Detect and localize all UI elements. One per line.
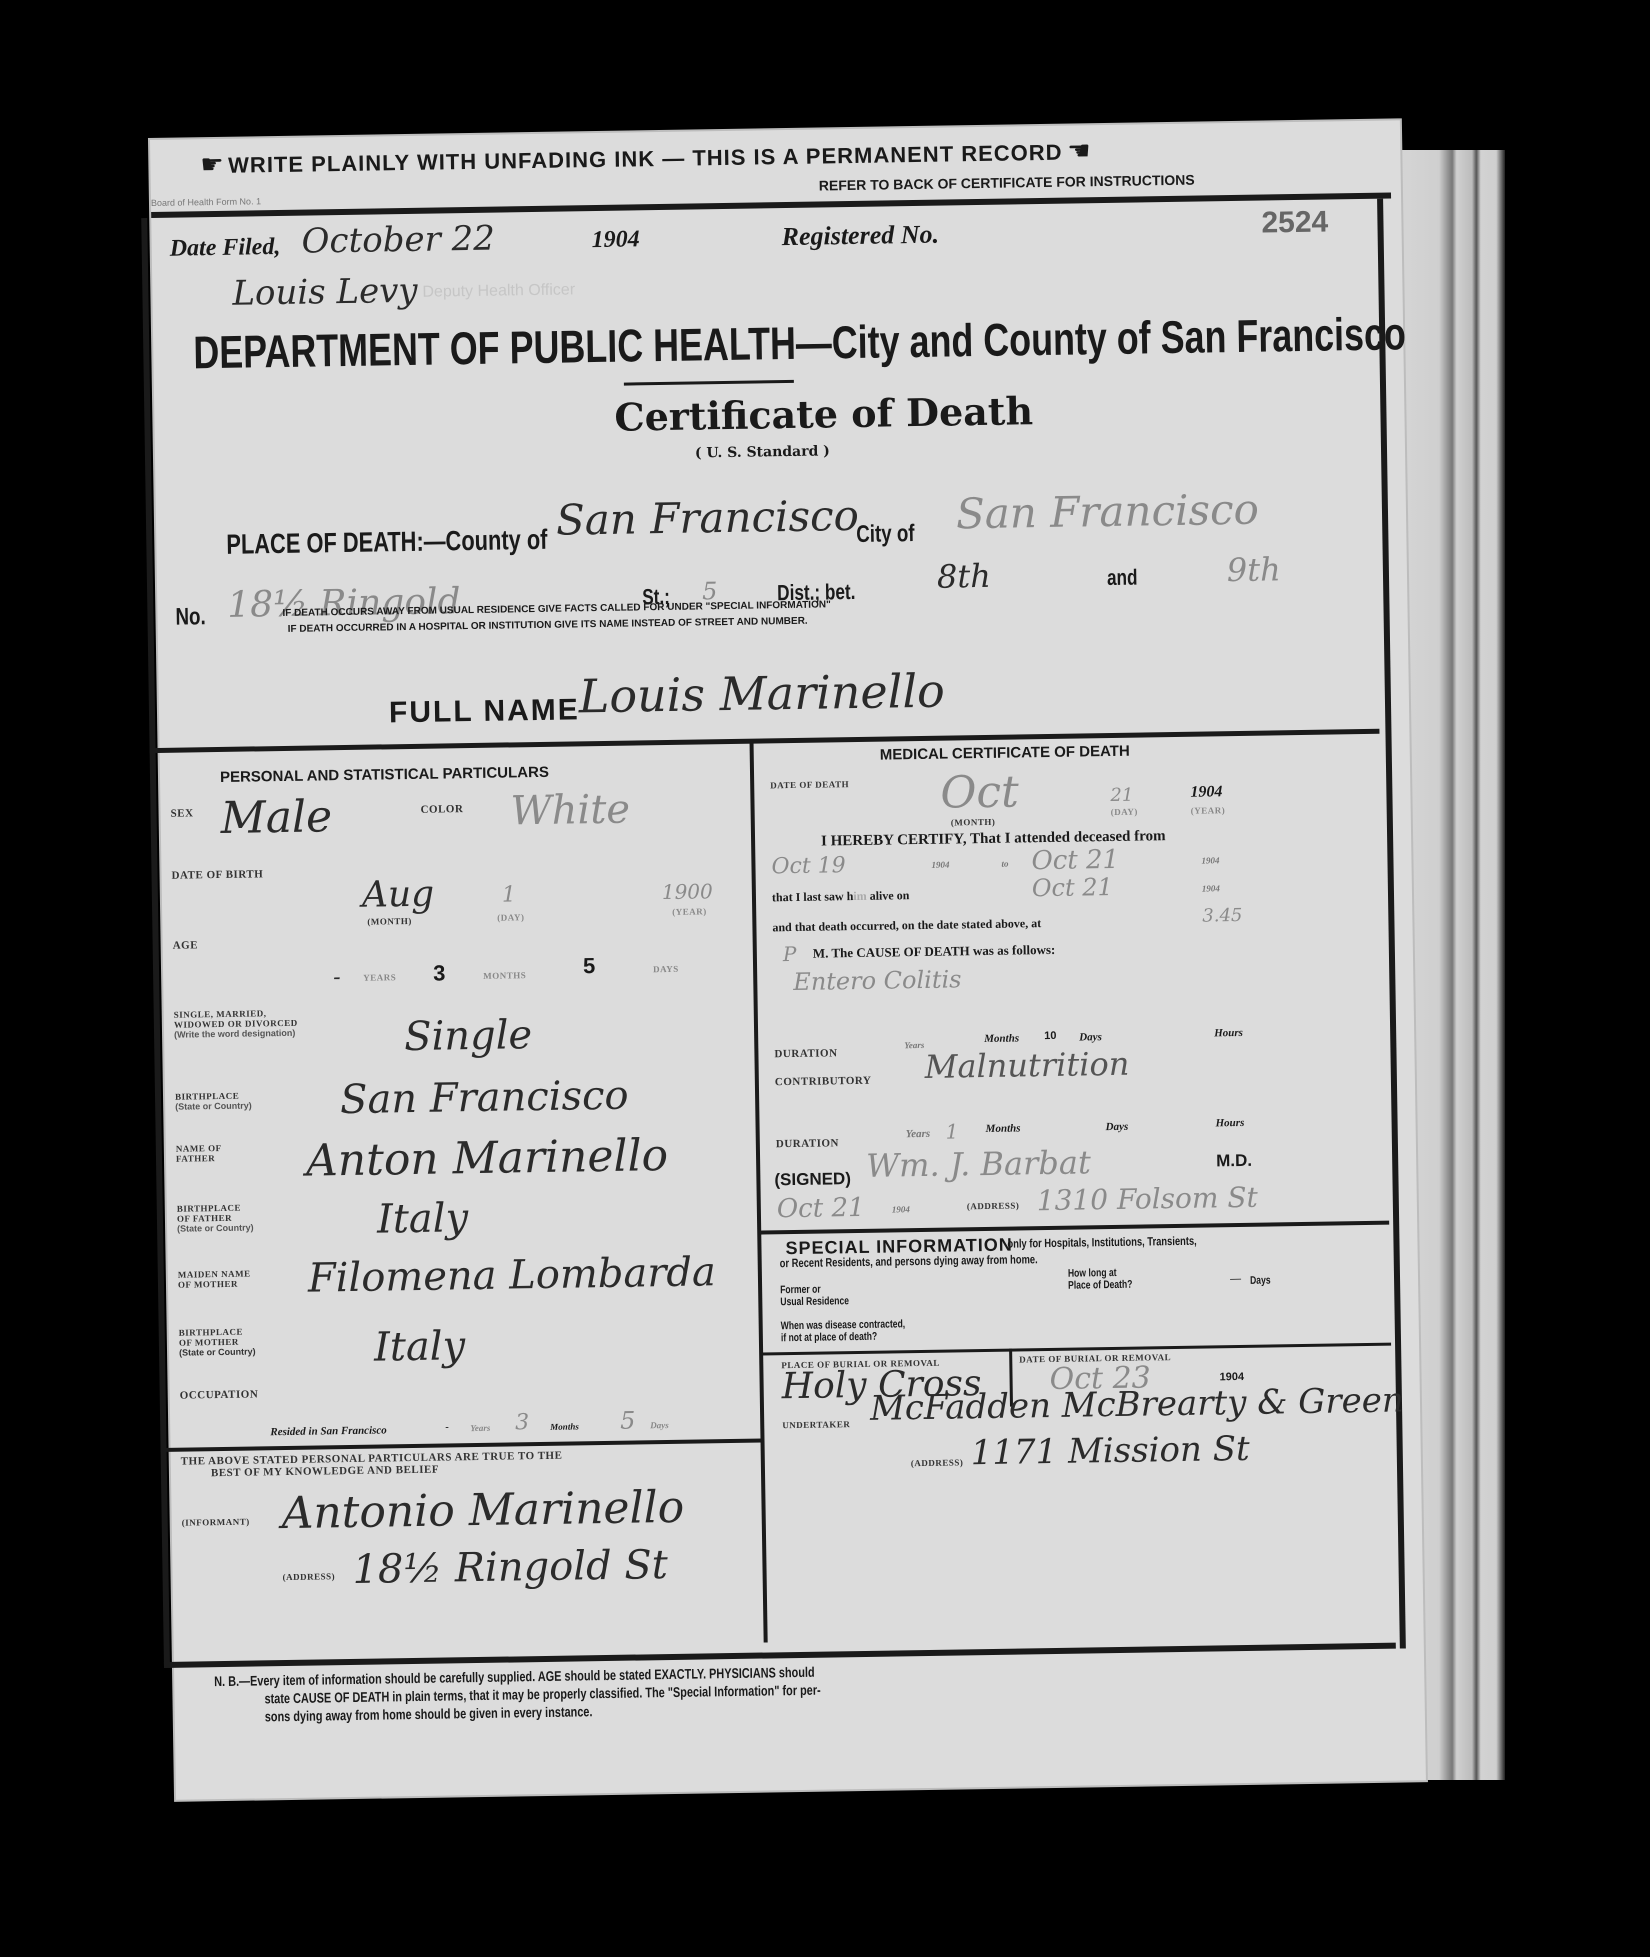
resided-label: Resided in San Francisco bbox=[270, 1424, 387, 1438]
father-bp-value: Italy bbox=[377, 1195, 469, 1242]
alive-on-label: alive on bbox=[870, 888, 910, 903]
father-value: Anton Marinello bbox=[306, 1130, 669, 1187]
form-code: Board of Health Form No. 1 bbox=[151, 196, 261, 208]
duration-2-hours-label: Hours bbox=[1215, 1117, 1244, 1129]
dob-day: 1 bbox=[502, 882, 516, 907]
resided-days: 5 bbox=[620, 1407, 636, 1435]
mother-bp-value: Italy bbox=[374, 1323, 466, 1370]
full-name-value: Louis Marinello bbox=[578, 664, 945, 724]
resided-months: 3 bbox=[515, 1410, 529, 1435]
dod-day: 21 bbox=[1110, 785, 1133, 806]
dod-year-label: (Year) bbox=[1191, 805, 1226, 816]
dod-month-label: (Month) bbox=[951, 817, 996, 828]
banner-text: WRITE PLAINLY WITH UNFADING INK — THIS I… bbox=[228, 140, 1063, 178]
father-label-2: FATHER bbox=[176, 1153, 215, 1164]
resided-years: - bbox=[445, 1421, 449, 1433]
former-residence-label-2: Usual Residence bbox=[780, 1295, 849, 1308]
date-filed-label: Date Filed, bbox=[170, 234, 281, 263]
death-certificate-page: ☛ WRITE PLAINLY WITH UNFADING INK — THIS… bbox=[150, 120, 1426, 1799]
cause-value: Entero Colitis bbox=[793, 965, 962, 996]
informant-address-value: 18½ Ringold St bbox=[352, 1542, 668, 1593]
dob-day-label: (Day) bbox=[497, 912, 524, 922]
pointing-hand-icon: ☛ bbox=[1067, 135, 1091, 166]
duration-2-years-label: Years bbox=[906, 1128, 931, 1140]
duration-2-label: DURATION bbox=[776, 1137, 839, 1150]
attended-to: Oct 21 bbox=[1031, 845, 1119, 876]
attended-from: Oct 19 bbox=[771, 853, 846, 879]
am-pm: P bbox=[783, 942, 797, 966]
contracted-label-1: When was disease contracted, bbox=[781, 1318, 906, 1332]
last-saw-year: 1904 bbox=[1202, 883, 1220, 893]
md-label: M.D. bbox=[1216, 1151, 1252, 1172]
resided-days-label: Days bbox=[650, 1420, 669, 1430]
dob-month-label: (Month) bbox=[367, 916, 412, 927]
county-value: San Francisco bbox=[556, 491, 860, 545]
nb-line-3: sons dying away from home should be give… bbox=[265, 1703, 593, 1724]
undertaker-address-value: 1171 Mission St bbox=[970, 1429, 1250, 1473]
how-long-days-label: Days bbox=[1250, 1275, 1271, 1287]
physician-signature: Wm. J. Barbat bbox=[866, 1143, 1091, 1185]
contracted-label-2: if not at place of death? bbox=[781, 1331, 877, 1345]
duration-1-months-label: Months bbox=[984, 1032, 1019, 1045]
how-long-value: — bbox=[1230, 1273, 1241, 1285]
instructions-text: REFER TO BACK OF CERTIFICATE FOR INSTRUC… bbox=[819, 172, 1195, 194]
age-days: 5 bbox=[583, 953, 596, 979]
age-months: 3 bbox=[433, 960, 446, 986]
age-months-label: Months bbox=[483, 970, 526, 981]
age-label: AGE bbox=[173, 939, 199, 951]
special-heading-note: only for Hospitals, Institutions, Transi… bbox=[1007, 1234, 1197, 1251]
to-label: to bbox=[1001, 859, 1008, 869]
marital-label-3: (Write the word designation) bbox=[174, 1028, 295, 1040]
dod-day-label: (Day) bbox=[1111, 807, 1138, 817]
certificate-title: Certificate of Death bbox=[614, 388, 1033, 440]
contributory-label: CONTRIBUTORY bbox=[775, 1075, 872, 1089]
registered-number: 2524 bbox=[1261, 206, 1328, 241]
dob-month: Aug bbox=[362, 874, 435, 916]
last-saw-date: Oct 21 bbox=[1032, 873, 1113, 902]
father-bp-label-3: (State or Country) bbox=[177, 1223, 254, 1234]
duration-2-days-label: Days bbox=[1106, 1121, 1129, 1133]
sex-value: Male bbox=[220, 791, 332, 844]
informant-address-label: (Address) bbox=[283, 1571, 336, 1582]
birthplace-value: San Francisco bbox=[340, 1073, 629, 1124]
attended-from-year: 1904 bbox=[931, 860, 949, 870]
duration-1-years-label: Years bbox=[904, 1040, 924, 1050]
header-banner: ☛ WRITE PLAINLY WITH UNFADING INK — THIS… bbox=[200, 135, 1090, 180]
undertaker-value: McFadden McBrearty & Green bbox=[870, 1380, 1404, 1428]
city-value: San Francisco bbox=[956, 485, 1260, 539]
marital-value: Single bbox=[404, 1012, 533, 1060]
registrar-signature: Louis Levy bbox=[232, 271, 418, 314]
age-days-label: Days bbox=[653, 964, 679, 974]
full-name-label: FULL NAME bbox=[389, 693, 580, 730]
between-2: 9th bbox=[1227, 550, 1281, 589]
mother-bp-label-3: (State or Country) bbox=[179, 1346, 256, 1357]
how-long-label-2: Place of Death? bbox=[1068, 1279, 1133, 1292]
registrar-label: Deputy Health Officer bbox=[422, 281, 575, 301]
informant-label: (Informant) bbox=[182, 1517, 250, 1528]
death-time: 3.45 bbox=[1202, 905, 1242, 927]
sex-label: SEX bbox=[170, 807, 193, 819]
resided-years-label: Years bbox=[470, 1423, 490, 1433]
mother-label-2: OF MOTHER bbox=[178, 1279, 238, 1290]
duration-2-years: 1 bbox=[945, 1119, 958, 1143]
age-years: - bbox=[333, 965, 341, 990]
contributory-value: Malnutrition bbox=[924, 1045, 1129, 1086]
signed-year: 1904 bbox=[892, 1204, 910, 1214]
physician-address-label: (Address) bbox=[967, 1200, 1020, 1211]
color-label: COLOR bbox=[420, 803, 463, 816]
filed-year: 1904 bbox=[591, 226, 639, 254]
how-long-label-1: How long at bbox=[1068, 1267, 1117, 1280]
dod-label: DATE OF DEATH bbox=[770, 779, 849, 790]
resided-months-label: Months bbox=[550, 1421, 579, 1431]
physician-address: 1310 Folsom St bbox=[1037, 1181, 1258, 1217]
color-value: White bbox=[510, 787, 630, 835]
city-label: City of bbox=[856, 520, 915, 549]
attended-to-year: 1904 bbox=[1201, 855, 1219, 865]
duration-1-days-label: Days bbox=[1079, 1031, 1102, 1043]
occupation-label: OCCUPATION bbox=[180, 1388, 259, 1401]
us-standard-label: ( U. S. Standard ) bbox=[695, 443, 830, 461]
signed-label: (SIGNED) bbox=[774, 1169, 851, 1190]
informant-value: Antonio Marinello bbox=[281, 1482, 684, 1539]
duration-1-label: DURATION bbox=[774, 1047, 837, 1060]
undertaker-label: UNDERTAKER bbox=[782, 1419, 850, 1430]
mother-value: Filomena Lombarda bbox=[308, 1249, 717, 1301]
pointing-hand-icon: ☛ bbox=[200, 149, 224, 179]
date-filed-value: October 22 bbox=[301, 219, 495, 262]
dod-year: 1904 bbox=[1190, 783, 1222, 802]
signed-date: Oct 21 bbox=[777, 1193, 865, 1224]
mother-label-1: MAIDEN NAME bbox=[178, 1269, 251, 1280]
between-1: 8th bbox=[937, 557, 991, 596]
dob-label: DATE OF BIRTH bbox=[171, 868, 263, 881]
age-years-label: Years bbox=[363, 972, 396, 983]
duration-1-hours-label: Hours bbox=[1214, 1027, 1243, 1039]
street-no-label: No. bbox=[175, 603, 206, 631]
dod-month: Oct bbox=[940, 766, 1019, 818]
street-no-value: 18½ Ringold bbox=[227, 581, 461, 626]
dob-year: 1900 bbox=[662, 879, 713, 904]
dob-year-label: (Year) bbox=[672, 906, 707, 917]
duration-1-days: 10 bbox=[1044, 1030, 1056, 1042]
last-saw-him: im bbox=[853, 889, 867, 903]
undertaker-address-label: (Address) bbox=[911, 1457, 964, 1468]
birthplace-label-2: (State or Country) bbox=[175, 1101, 252, 1112]
and-label: and bbox=[1107, 565, 1138, 591]
duration-2-months-label: Months bbox=[986, 1122, 1021, 1135]
nb-label: N. B.— bbox=[214, 1673, 250, 1690]
registered-label: Registered No. bbox=[781, 220, 939, 252]
place-of-death-label: PLACE OF DEATH:—County of bbox=[226, 524, 548, 561]
burial-year: 1904 bbox=[1219, 1371, 1244, 1383]
last-saw-label: that I last saw h bbox=[772, 889, 854, 904]
former-residence-label-1: Former or bbox=[780, 1284, 821, 1297]
